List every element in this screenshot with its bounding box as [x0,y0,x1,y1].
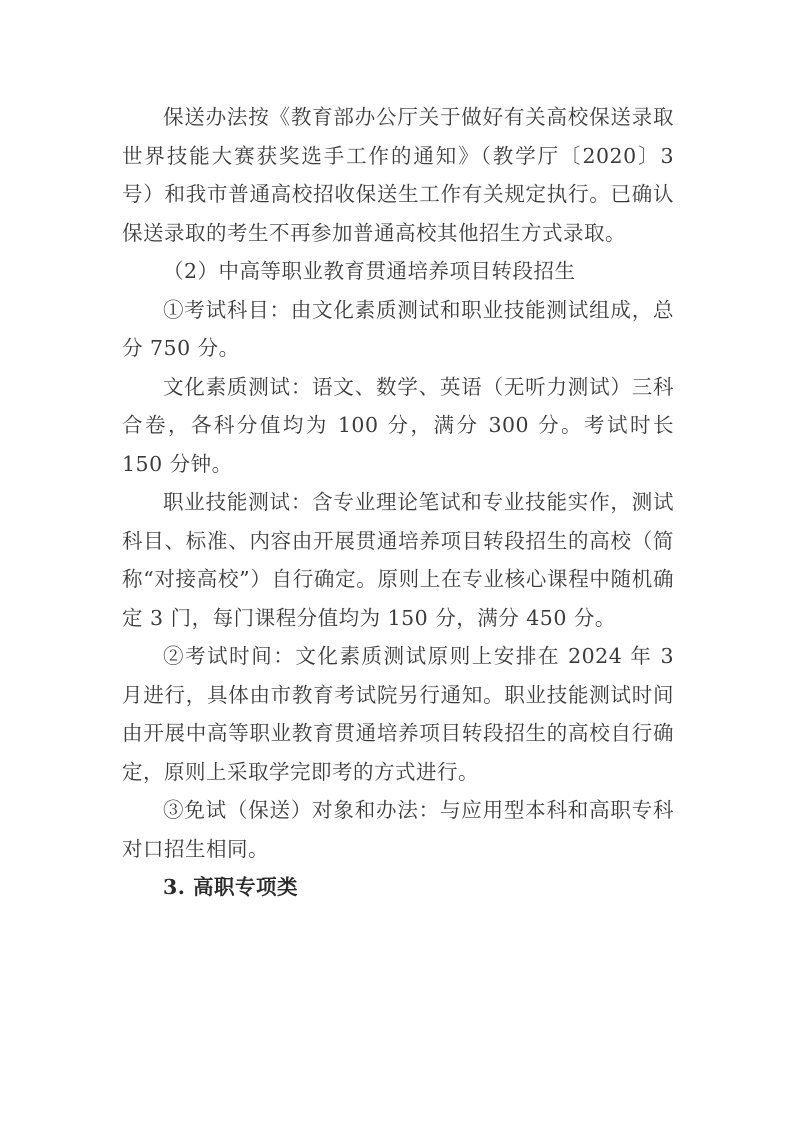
paragraph-cultural-test: 文化素质测试：语文、数学、英语（无听力测试）三科合卷，各科分值均为 100 分，… [122,368,674,484]
paragraph-admission-method: 保送办法按《教育部办公厅关于做好有关高校保送录取世界技能大赛获奖选手工作的通知》… [122,98,674,252]
document-page: 保送办法按《教育部办公厅关于做好有关高校保送录取世界技能大赛获奖选手工作的通知》… [122,98,674,907]
paragraph-exam-subjects: ①考试科目：由文化素质测试和职业技能测试组成，总分 750 分。 [122,291,674,368]
section-heading: 3. 高职专项类 [122,868,674,907]
paragraph-vocational-test: 职业技能测试：含专业理论笔试和专业技能实作，测试科目、标准、内容由开展贯通培养项… [122,483,674,637]
paragraph-subsection-title: （2）中高等职业教育贯通培养项目转段招生 [122,252,674,291]
paragraph-exemption: ③免试（保送）对象和办法：与应用型本科和高职专科对口招生相同。 [122,791,674,868]
paragraph-exam-time: ②考试时间：文化素质测试原则上安排在 2024 年 3 月进行，具体由市教育考试… [122,637,674,791]
